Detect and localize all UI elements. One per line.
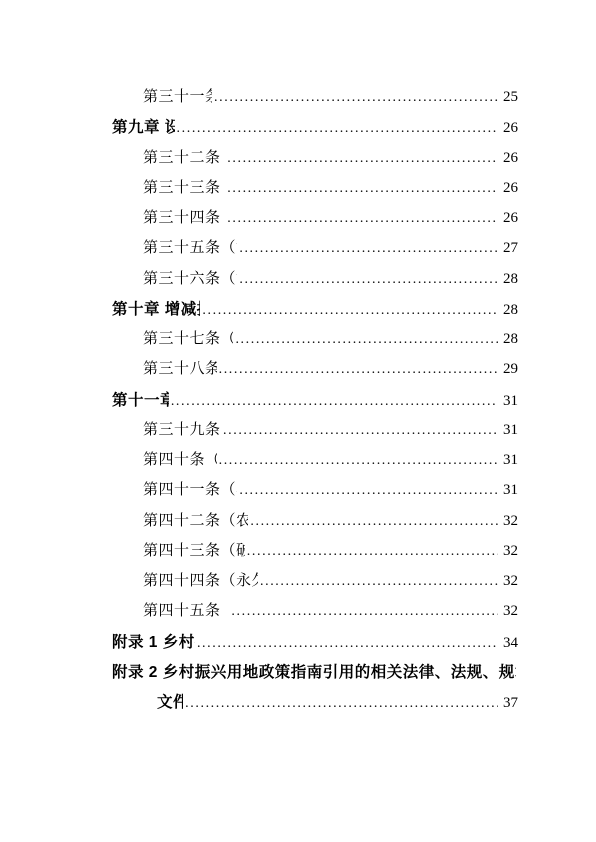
toc-entry[interactable]: 第十章 增减挂钩与土地综合整治 ........................… <box>112 297 518 327</box>
toc-entry-page: 25 <box>498 89 518 106</box>
dot-leader: ........................................… <box>202 303 498 319</box>
toc-entry-title: 第三十九条（非法占地的责任） <box>112 418 221 439</box>
toc-entry-page: 26 <box>498 210 518 227</box>
toc-entry-page: 31 <box>498 393 518 410</box>
toc-entry[interactable]: 第九章 设施农业用地 .............................… <box>112 115 518 145</box>
toc-entry[interactable]: 第四十二条（农村村民非法占地建住宅的责任） ..................… <box>112 509 518 539</box>
toc-entry[interactable]: 第三十八条（土地综合整治） ..........................… <box>112 357 518 387</box>
toc-entry-page: 28 <box>498 302 518 319</box>
toc-entry-title: 第三十一条（宅基地退出） <box>112 85 212 106</box>
toc-entry-page: 32 <box>498 603 518 620</box>
toc-entry-page: 26 <box>498 180 518 197</box>
dot-leader: ........................................… <box>214 90 498 106</box>
toc-entry-title: 第三十七条（城乡建设用地增减挂钩） <box>112 327 233 348</box>
toc-entry-title: 第十一章 法律责任 <box>112 388 169 410</box>
toc-entry-page: 31 <box>498 452 518 469</box>
dot-leader: ........................................… <box>185 696 498 712</box>
toc-entry[interactable]: 第三十五条（设施农业用地备案和入库） .....................… <box>112 236 518 266</box>
toc-entry-title: 第三十三条（设施农业用地选址） <box>112 176 225 197</box>
toc-entry-title: 第三十六条（设施农业用地监管和退出） <box>112 267 237 288</box>
dot-leader: ........................................… <box>231 604 498 620</box>
toc-entry-title: 第三十四条（设施农业用地标准） <box>112 206 225 227</box>
toc-entry-title: 第三十五条（设施农业用地备案和入库） <box>112 236 237 257</box>
toc-entry[interactable]: 附录 2 乡村振兴用地政策指南引用的相关法律、法规、规章和 <box>112 660 518 690</box>
toc-entry-page: 32 <box>498 513 518 530</box>
toc-entry[interactable]: 第三十一条（宅基地退出） ...........................… <box>112 85 518 115</box>
toc-entry-page: 34 <box>498 635 518 652</box>
dot-leader: ........................................… <box>219 362 498 378</box>
toc-entry-title: 第十章 增减挂钩与土地综合整治 <box>112 297 200 319</box>
toc-entry[interactable]: 第三十九条（非法占地的责任） .........................… <box>112 418 518 448</box>
dot-leader: ........................................… <box>227 211 498 227</box>
toc-entry-title: 第四十五条（乡村违法建设的责任） <box>112 599 229 620</box>
toc-entry[interactable]: 第三十三条（设施农业用地选址） ........................… <box>112 176 518 206</box>
toc-entry-page: 31 <box>498 482 518 499</box>
toc-entry-page: 28 <box>498 271 518 288</box>
toc-entry[interactable]: 第四十四条（永久基本农田“非农化”“非粮化”的责任） .............… <box>112 569 518 599</box>
dot-leader: ........................................… <box>177 121 498 137</box>
dot-leader: ........................................… <box>239 483 498 499</box>
toc-entry-page: 32 <box>498 543 518 560</box>
toc-entry[interactable]: 第四十三条（破坏耕地破坏种植条件的责任） ...................… <box>112 539 518 569</box>
dot-leader: ........................................… <box>235 332 498 348</box>
toc-entry-page: 27 <box>498 240 518 257</box>
toc-entry[interactable]: 第四十一条（非法转让集体土地的责任） .....................… <box>112 478 518 508</box>
toc-entry-page: 37 <box>498 695 518 712</box>
toc-entry[interactable]: 文件清单 ...................................… <box>112 690 518 720</box>
dot-leader: ........................................… <box>239 241 498 257</box>
toc-entry-title: 第四十二条（农村村民非法占地建住宅的责任） <box>112 509 248 530</box>
toc-entry[interactable]: 附录 1 乡村振兴用地负面清单 ........................… <box>112 630 518 660</box>
toc-entry-title: 第三十八条（土地综合整治） <box>112 357 217 378</box>
toc-entry-title: 第四十三条（破坏耕地破坏种植条件的责任） <box>112 539 245 560</box>
dot-leader: ........................................… <box>239 272 498 288</box>
table-of-contents: 第三十一条（宅基地退出） ...........................… <box>112 85 518 720</box>
dot-leader: ........................................… <box>227 151 498 167</box>
dot-leader: ........................................… <box>197 636 498 652</box>
toc-entry-title: 第四十条（非法转让的责任） <box>112 448 217 469</box>
dot-leader: ........................................… <box>260 574 498 590</box>
toc-entry[interactable]: 第四十条（非法转让的责任） ..........................… <box>112 448 518 478</box>
toc-entry-title: 附录 1 乡村振兴用地负面清单 <box>112 630 195 652</box>
toc-entry[interactable]: 第三十四条（设施农业用地标准） ........................… <box>112 206 518 236</box>
dot-leader: ........................................… <box>250 514 498 530</box>
toc-entry[interactable]: 第十一章 法律责任 ..............................… <box>112 388 518 418</box>
dot-leader: ........................................… <box>219 453 498 469</box>
dot-leader: ........................................… <box>171 394 498 410</box>
dot-leader: ........................................… <box>227 181 498 197</box>
toc-entry-title: 第三十二条（设施农业用地范围） <box>112 146 225 167</box>
toc-entry-title: 第四十一条（非法转让集体土地的责任） <box>112 478 237 499</box>
toc-entry-page: 32 <box>498 573 518 590</box>
toc-entry-page: 26 <box>498 150 518 167</box>
toc-entry-page: 26 <box>498 120 518 137</box>
toc-entry[interactable]: 第三十七条（城乡建设用地增减挂钩） ......................… <box>112 327 518 357</box>
toc-entry-title: 第九章 设施农业用地 <box>112 115 175 137</box>
toc-entry-title: 文件清单 <box>112 690 183 712</box>
toc-entry-title: 附录 2 乡村振兴用地政策指南引用的相关法律、法规、规章和 <box>112 660 516 682</box>
dot-leader: ........................................… <box>247 544 498 560</box>
dot-leader: ........................................… <box>223 423 498 439</box>
toc-entry-page: 28 <box>498 331 518 348</box>
toc-entry[interactable]: 第三十二条（设施农业用地范围） ........................… <box>112 146 518 176</box>
toc-entry-title: 第四十四条（永久基本农田“非农化”“非粮化”的责任） <box>112 569 258 590</box>
toc-entry-page: 29 <box>498 361 518 378</box>
document-page: 第三十一条（宅基地退出） ...........................… <box>0 0 596 842</box>
toc-entry[interactable]: 第四十五条（乡村违法建设的责任） .......................… <box>112 599 518 629</box>
toc-entry[interactable]: 第三十六条（设施农业用地监管和退出） .....................… <box>112 267 518 297</box>
toc-entry-page: 31 <box>498 422 518 439</box>
